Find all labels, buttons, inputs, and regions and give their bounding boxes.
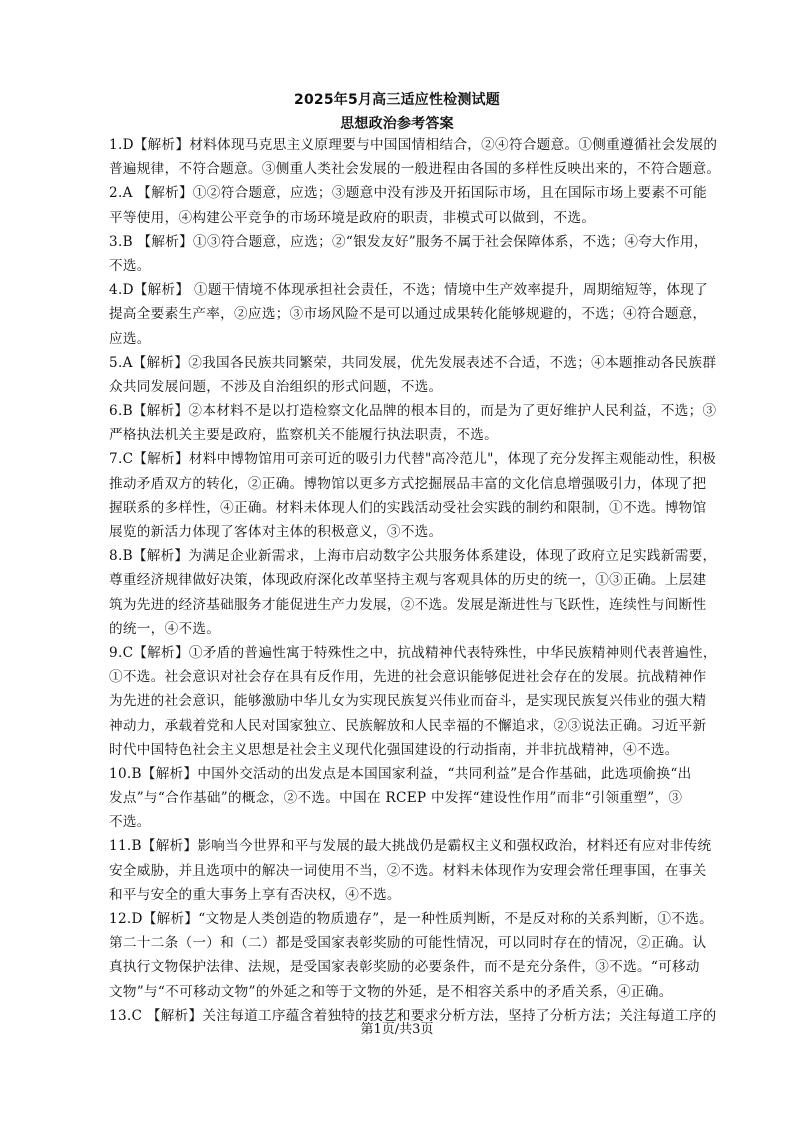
text-line: 6.B【解析】②本材料不是以打造检察文化品牌的根本目的，而是为了更好维护人民利益… — [109, 399, 709, 423]
text-line: 为先进的社会意识，能够激励中华儿女为实现民族复兴伟业而奋斗，是实现民族复兴伟业的… — [109, 689, 709, 713]
document-page: 2025年5月高三适应性检测试题 思想政治参考答案 1.D【解析】材料体现马克思… — [0, 0, 794, 1123]
text-line: 真执行文物保护法律、法规，是受国家表彰奖励的必要条件，而不是充分条件，③不选。“… — [109, 955, 709, 979]
text-line: 11.B【解析】影响当今世界和平与发展的最大挑战仍是霸权主义和强权政治，材料还有… — [109, 834, 709, 858]
text-line: 神动力，承载着党和人民对国家独立、民族解放和人民幸福的不懈追求，②③说法正确。习… — [109, 714, 709, 738]
text-line: 严格执法机关主要是政府，监察机关不能履行执法职责，不选。 — [109, 423, 709, 447]
text-line: 提高全要素生产率，②应选；③市场风险不是可以通过成果转化能够规避的，不选；④符合… — [109, 302, 709, 326]
text-line: 不选。 — [109, 254, 709, 278]
text-line: 第二十二条（一）和（二）都是受国家表彰奖励的可能性情况，可以同时存在的情况，②正… — [109, 931, 709, 955]
text-line: 3.B 【解析】①③符合题意，应选；②“银发友好”服务不属于社会保障体系，不选；… — [109, 230, 709, 254]
text-line: 文物”与“不可移动文物”的外延之和等于文物的外延，是不相容关系中的矛盾关系，④正… — [109, 980, 709, 1004]
text-line: 应选。 — [109, 327, 709, 351]
text-line: 的统一，④不选。 — [109, 617, 709, 641]
text-line: 握联系的多样性，④正确。材料未体现人们的实践活动受社会实践的制约和限制，①不选。… — [109, 496, 709, 520]
text-line: 5.A【解析】②我国各民族共同繁荣，共同发展，优先发展表述不合适，不选；④本题推… — [109, 351, 709, 375]
document-title: 2025年5月高三适应性检测试题 — [0, 89, 794, 109]
text-line: 众共同发展问题，不涉及自治组织的形式问题，不选。 — [109, 375, 709, 399]
text-line: 不选。 — [109, 810, 709, 834]
text-line: 1.D【解析】材料体现马克思主义原理要与中国国情相结合，②④符合题意。①侧重遵循… — [109, 133, 709, 157]
text-line: ①不选。社会意识对社会存在具有反作用，先进的社会意识能够促进社会存在的发展。抗战… — [109, 665, 709, 689]
text-line: 平等使用，④构建公平竞争的市场环境是政府的职责，非模式可以做到，不选。 — [109, 206, 709, 230]
text-line: 尊重经济规律做好决策，体现政府深化改革坚持主观与客观具体的历史的统一，①③正确。… — [109, 568, 709, 592]
text-line: 筑为先进的经济基础服务才能促进生产力发展，②不选。发展是渐进性与飞跃性，连续性与… — [109, 593, 709, 617]
text-line: 10.B【解析】中国外交活动的出发点是本国国家利益，“共同利益”是合作基础，此选… — [109, 762, 709, 786]
answer-content: 1.D【解析】材料体现马克思主义原理要与中国国情相结合，②④符合题意。①侧重遵循… — [109, 133, 709, 1028]
text-line: 推动矛盾双方的转化，②正确。博物馆以更多方式挖掘展品丰富的文化信息增强吸引力，体… — [109, 472, 709, 496]
text-line: 时代中国特色社会主义思想是社会主义现代化强国建设的行动指南，并非抗战精神，④不选… — [109, 738, 709, 762]
text-line: 2.A 【解析】①②符合题意，应选；③题意中没有涉及开拓国际市场，且在国际市场上… — [109, 181, 709, 205]
text-line: 展览的新活力体现了客体对主体的积极意义，③不选。 — [109, 520, 709, 544]
text-line: 8.B【解析】为满足企业新需求，上海市启动数字公共服务体系建设，体现了政府立足实… — [109, 544, 709, 568]
text-line: 和平与安全的重大事务上享有否决权，④不选。 — [109, 883, 709, 907]
document-subtitle: 思想政治参考答案 — [0, 113, 794, 133]
text-line: 4.D【解析】 ①题干情境不体现承担社会责任，不选；情境中生产效率提升，周期缩短… — [109, 278, 709, 302]
text-line: 发点”与“合作基础”的概念，②不选。中国在 RCEP 中发挥“建设性作用”而非“… — [109, 786, 709, 810]
text-line: 安全威胁，并且选项中的解决一词使用不当，②不选。材料未体现作为安理会常任理事国，… — [109, 859, 709, 883]
text-line: 7.C【解析】材料中博物馆用可亲可近的吸引力代替"高冷范儿"，体现了充分发挥主观… — [109, 447, 709, 471]
text-line: 9.C【解析】①矛盾的普遍性寓于特殊性之中，抗战精神代表特殊性，中华民族精神则代… — [109, 641, 709, 665]
text-line: 12.D【解析】“文物是人类创造的物质遗存”，是一种性质判断，不是反对称的关系判… — [109, 907, 709, 931]
page-number: 第1页/共3页 — [0, 1018, 794, 1037]
text-line: 普遍规律，不符合题意。③侧重人类社会发展的一般进程由各国的多样性反映出来的，不符… — [109, 157, 709, 181]
